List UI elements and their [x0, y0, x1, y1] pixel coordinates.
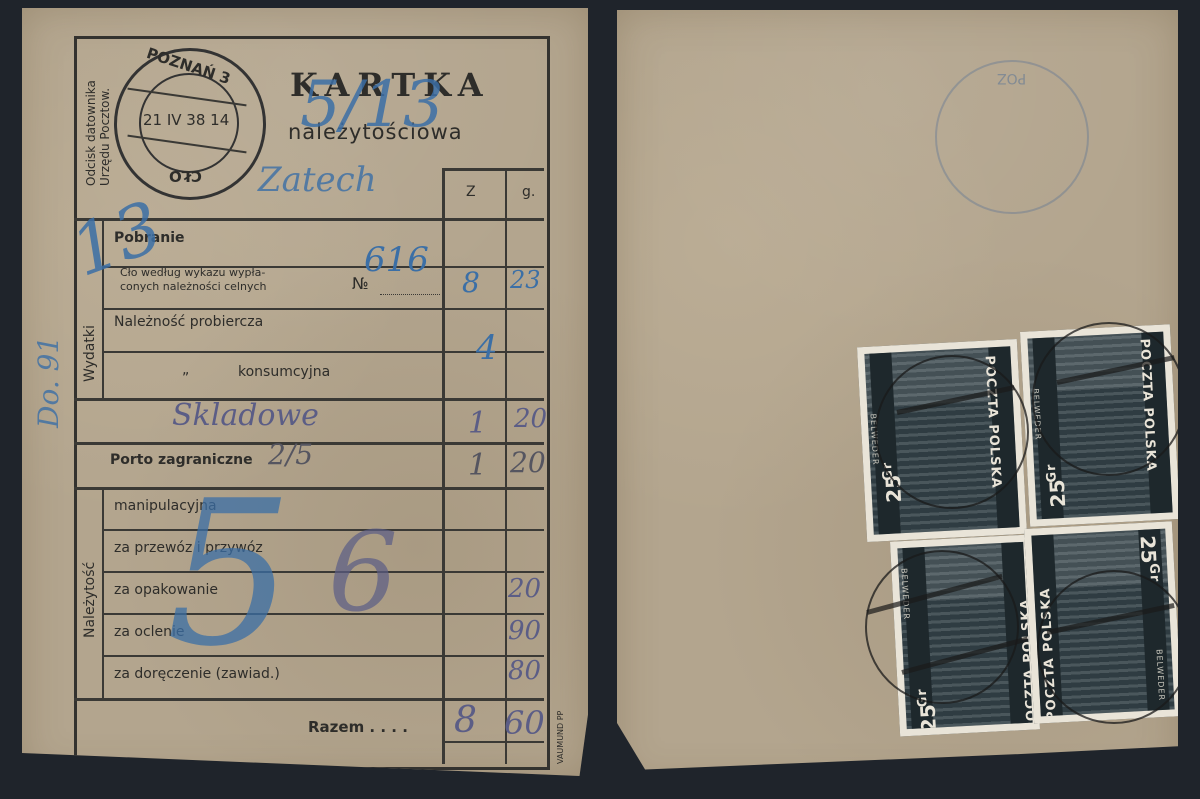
column-header-grosze: g.	[522, 184, 535, 200]
row-probiercza: Należność probiercza	[114, 314, 263, 330]
side-caption: Odcisk datownika Urzędu Pocztow.	[84, 80, 112, 186]
cancel-postmark-3	[865, 550, 1019, 704]
amount-porto-zloty: 1	[468, 448, 487, 483]
amount-oclenie-grosze: 90	[508, 616, 541, 646]
total-label: Razem . . . .	[308, 718, 408, 736]
section-label-expenses: Wydatki	[82, 325, 98, 382]
handwritten-name: Zatech	[258, 160, 377, 200]
amount-konsumcyjna-zloty: 4	[476, 328, 498, 368]
row-konsumcyjna: konsumcyjna	[238, 364, 330, 380]
amount-total-grosze: 60	[504, 704, 545, 742]
postmark-poznan: POZNAŃ 3 21 IV 38 14 CŁO	[114, 48, 266, 200]
row-konsumcyjna-prefix: „	[182, 362, 189, 378]
handwritten-big-five: 5	[166, 458, 293, 691]
amount-clo-zloty: 8	[462, 266, 480, 299]
amount-porto-grosze: 20	[510, 446, 546, 479]
customs-dues-card-front: Odcisk datownika Urzędu Pocztow. POZNAŃ …	[22, 8, 588, 776]
amount-skladowe-grosze: 20	[514, 404, 547, 434]
section-label-dues: Należytość	[82, 562, 98, 638]
handwritten-reference: 5/13	[300, 68, 444, 142]
handwritten-big-six: 6	[328, 508, 398, 636]
cancel-postmark-1	[875, 355, 1029, 509]
amount-doreczenie-grosze: 80	[508, 656, 541, 686]
cancel-postmark-2	[1032, 322, 1186, 476]
side-caption-line1: Odcisk datownika	[84, 80, 98, 186]
postmark-bottom: CŁO	[169, 167, 202, 185]
faint-postmark: POZ	[935, 60, 1089, 214]
amount-skladowe-zloty: 1	[468, 406, 487, 441]
printer-mark: VAUMUND PP	[556, 711, 565, 764]
amount-clo-grosze: 23	[510, 266, 541, 294]
amount-opakowanie-grosze: 20	[508, 574, 541, 604]
row-clo-number-value: 616	[364, 240, 429, 280]
column-header-zloty: Z	[466, 184, 476, 200]
side-caption-line2: Urzędu Pocztow.	[98, 80, 112, 186]
amount-total-zloty: 8	[454, 700, 477, 741]
row-clo-line2: conych należności celnych	[120, 280, 267, 293]
row-skladowe-handwritten: Skladowe	[172, 398, 319, 433]
handwritten-margin-note: Do. 91	[32, 336, 65, 428]
customs-dues-card-back: POZ POCZTA POLSKA BELWEDER 25 Gr POCZTA …	[617, 10, 1178, 785]
postmark-date: 21 IV 38 14	[143, 111, 229, 129]
cancel-postmark-4	[1037, 570, 1191, 724]
